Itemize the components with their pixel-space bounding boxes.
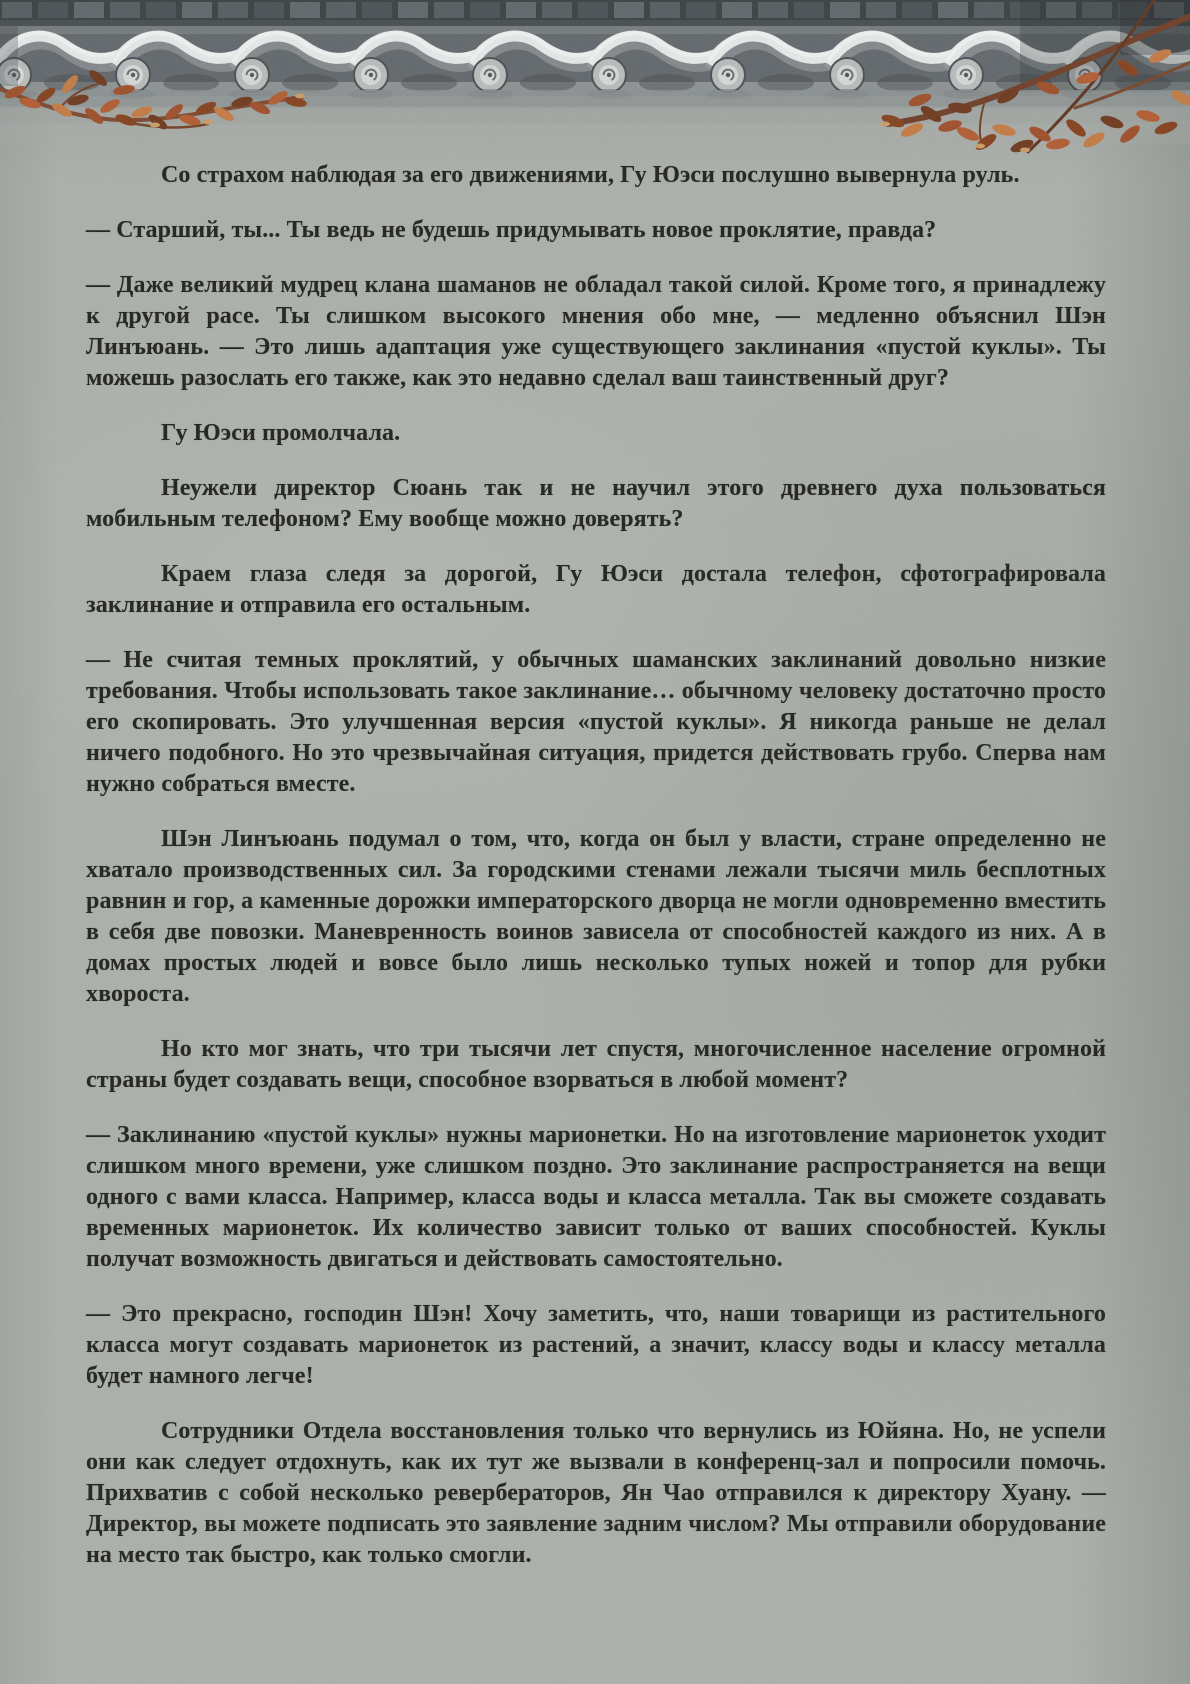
paragraph: — Старший, ты... Ты ведь не будешь приду… xyxy=(86,215,1106,246)
paragraph: Краем глаза следя за дорогой, Гу Юэси до… xyxy=(86,559,1106,621)
paragraph: Гу Юэси промолчала. xyxy=(86,418,1106,449)
chapter-text: Со страхом наблюдая за его движениями, Г… xyxy=(0,0,1190,1684)
paragraph: — Заклинанию «пустой куклы» нужны марион… xyxy=(86,1120,1106,1275)
paragraph: Неужели директор Сюань так и не научил э… xyxy=(86,473,1106,535)
paragraph: Шэн Линъюань подумал о том, что, когда о… xyxy=(86,824,1106,1010)
paragraph: Со страхом наблюдая за его движениями, Г… xyxy=(86,160,1106,191)
paragraph: Сотрудники Отдела восстановления только … xyxy=(86,1416,1106,1571)
paragraph: — Даже великий мудрец клана шаманов не о… xyxy=(86,270,1106,394)
novel-page: Со страхом наблюдая за его движениями, Г… xyxy=(0,0,1190,1684)
paragraph: — Не считая темных проклятий, у обычных … xyxy=(86,645,1106,800)
paragraph: — Это прекрасно, господин Шэн! Хочу заме… xyxy=(86,1299,1106,1392)
paragraph: Но кто мог знать, что три тысячи лет спу… xyxy=(86,1034,1106,1096)
